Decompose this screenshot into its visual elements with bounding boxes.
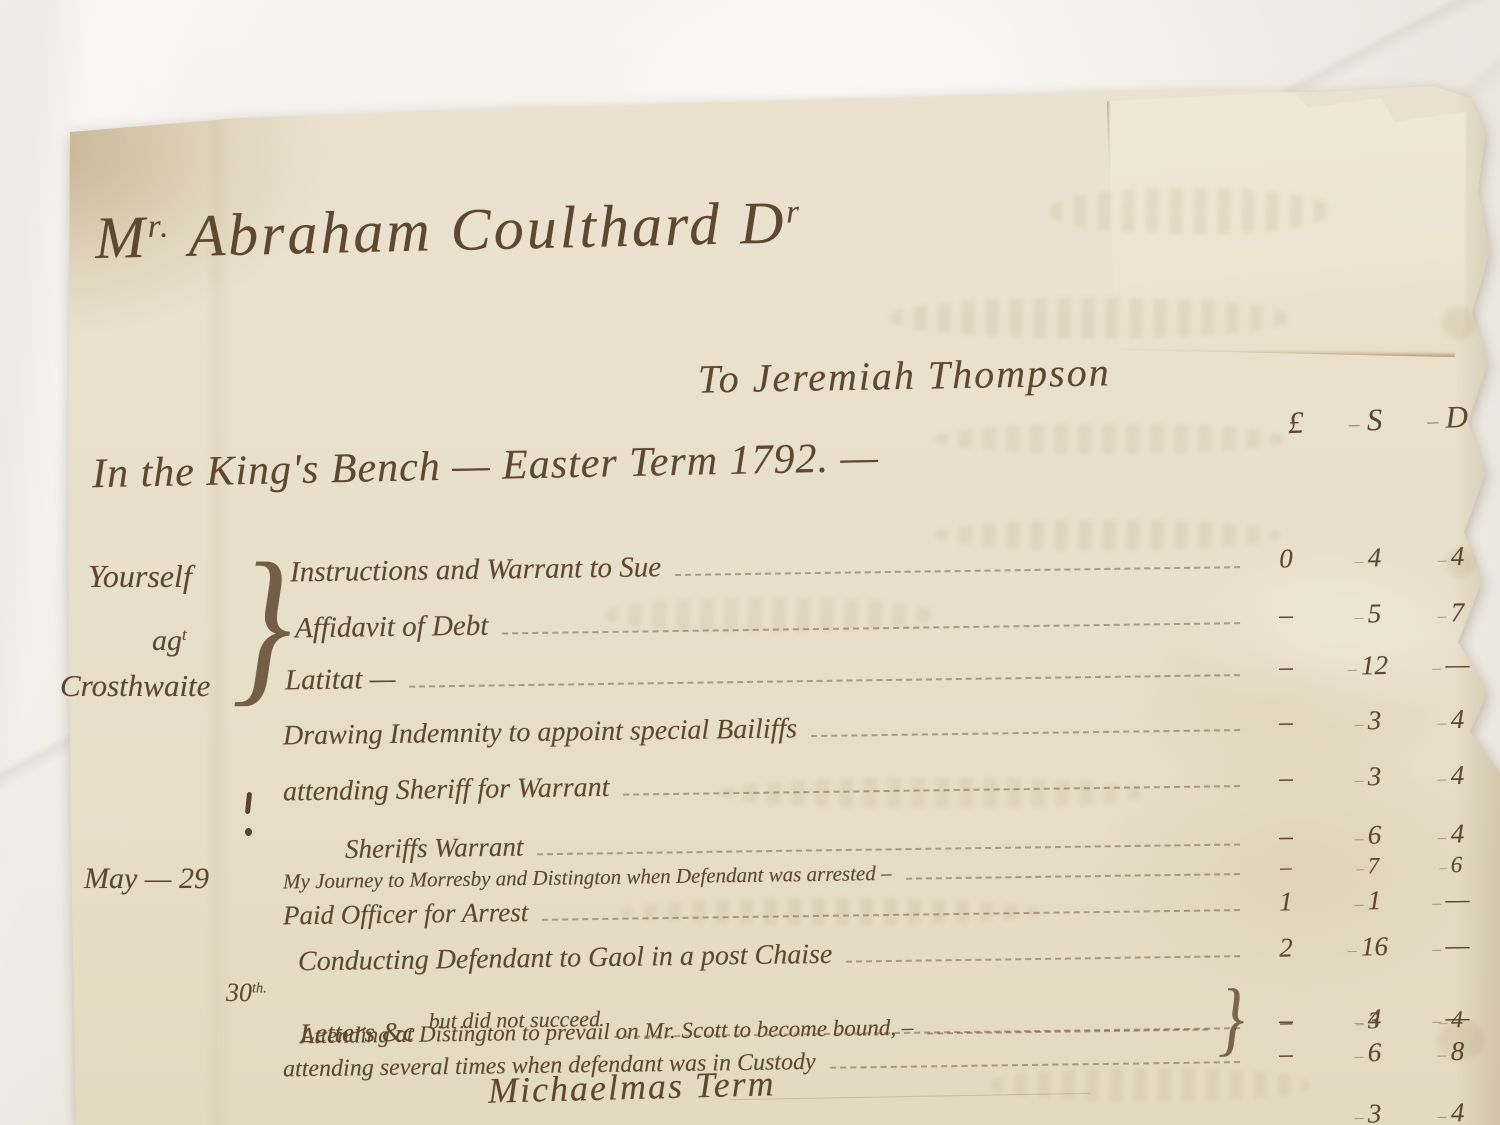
margin-date-may: May — 29 xyxy=(84,862,209,896)
amount-pence: — xyxy=(1414,884,1488,916)
amount-shillings: 3 xyxy=(1322,761,1414,793)
shillings-header: S xyxy=(1348,402,1384,439)
margin-day-30: 30th. xyxy=(226,978,267,1008)
amount-pounds: 2 xyxy=(1250,932,1322,964)
amount-pence: — xyxy=(1414,1002,1488,1034)
title-suffix: D xyxy=(739,189,787,256)
entry-note: but did not succeed xyxy=(428,1006,600,1034)
creditor-line: To Jeremiah Thompson xyxy=(698,348,1111,402)
dash-leader xyxy=(906,873,1240,880)
dash-leader xyxy=(614,1027,1240,1038)
margin-party-self: Yourself xyxy=(88,558,192,595)
bleedthrough-mark xyxy=(990,1068,1310,1102)
amount-pounds: 1 xyxy=(1250,886,1322,918)
amount-pence: 8 xyxy=(1414,1036,1488,1068)
amount-shillings: 1 xyxy=(1322,885,1414,917)
dash-leader xyxy=(537,843,1240,855)
amount-shillings: 7 xyxy=(1322,853,1414,880)
ink-blot xyxy=(244,792,252,836)
amount-pounds: 0 xyxy=(1250,543,1322,575)
entry-text: attending Sheriff for Warrant xyxy=(283,772,610,809)
bleedthrough-mark xyxy=(935,424,1285,454)
amount-shillings: 3 xyxy=(1322,1098,1414,1125)
bleedthrough-mark xyxy=(890,298,1290,338)
title-suffix-sup: r xyxy=(786,194,803,230)
pence-header: D xyxy=(1427,399,1470,436)
margin-against: agt xyxy=(152,624,187,658)
dash-leader xyxy=(624,785,1241,796)
amount-pence: 4 xyxy=(1414,541,1488,573)
amount-pounds: – xyxy=(1250,1038,1322,1070)
amount-shillings: 6 xyxy=(1322,819,1414,851)
dash-leader xyxy=(830,1061,1240,1069)
bleedthrough-numeral xyxy=(1442,306,1476,340)
margin-brace: } xyxy=(232,525,291,726)
title-main: Abraham Coulthard xyxy=(171,190,741,269)
money-column-headers: £SD xyxy=(1287,399,1469,441)
amount-pence: 4 xyxy=(1414,1097,1488,1125)
amount-pence: — xyxy=(1414,930,1488,962)
dash-leader xyxy=(542,909,1240,921)
day-num: 30 xyxy=(226,978,252,1007)
amount-pounds: – xyxy=(1250,1004,1322,1036)
amount-shillings: 4 xyxy=(1322,542,1414,574)
photo-backdrop: Mr. Abraham Coulthard Dr To Jeremiah Tho… xyxy=(0,0,1500,1125)
entry-text: Instructions and Warrant to Sue xyxy=(290,551,662,589)
title-prefix: M xyxy=(94,204,148,271)
against-base: ag xyxy=(152,624,182,657)
amount-shillings: 12 xyxy=(1322,650,1414,682)
margin-party-opponent: Crosthwaite xyxy=(60,668,210,704)
day-sup: th. xyxy=(252,980,267,996)
amount-shillings: 4 xyxy=(1322,1003,1414,1035)
amount-shillings: 3 xyxy=(1322,705,1414,737)
amount-shillings: 5 xyxy=(1322,598,1414,630)
amount-pounds: – xyxy=(1250,706,1322,738)
dash-leader xyxy=(502,622,1240,634)
against-sup: t xyxy=(182,625,187,644)
bleedthrough-mark xyxy=(1050,188,1330,234)
amount-pounds: – xyxy=(1250,762,1322,794)
dash-leader xyxy=(846,955,1240,962)
entry-text: Sheriffs Warrant xyxy=(345,831,524,864)
amount-pence: 4 xyxy=(1414,760,1488,792)
amount-pence: 4 xyxy=(1414,704,1488,736)
amount-pence: 4 xyxy=(1414,818,1488,850)
amount-pounds: – xyxy=(1250,599,1322,631)
dash-leader xyxy=(811,729,1240,737)
amount-pounds: – xyxy=(1250,820,1322,852)
dash-leader xyxy=(410,674,1241,688)
title-prefix-sup: r. xyxy=(147,209,171,246)
amount-pence: 6 xyxy=(1414,852,1488,879)
entry-text: Paid Officer for Arrest xyxy=(283,897,529,931)
pounds-header: £ xyxy=(1287,405,1305,442)
entry-text: Affidavit of Debt xyxy=(295,610,489,646)
partial-entry-amounts: 34 xyxy=(1322,1097,1488,1125)
amount-pounds: – xyxy=(1250,854,1322,881)
amount-pence: — xyxy=(1414,649,1488,681)
amount-pence: 7 xyxy=(1414,597,1488,629)
amount-pounds: – xyxy=(1250,651,1322,683)
entry-text: Letters &c xyxy=(300,1017,415,1050)
amount-shillings: 6 xyxy=(1322,1037,1414,1069)
entry-text: Latitat — xyxy=(285,663,396,698)
dash-leader xyxy=(675,566,1240,576)
amount-shillings: 16 xyxy=(1322,931,1414,963)
section-heading: Michaelmas Term xyxy=(487,1062,776,1112)
